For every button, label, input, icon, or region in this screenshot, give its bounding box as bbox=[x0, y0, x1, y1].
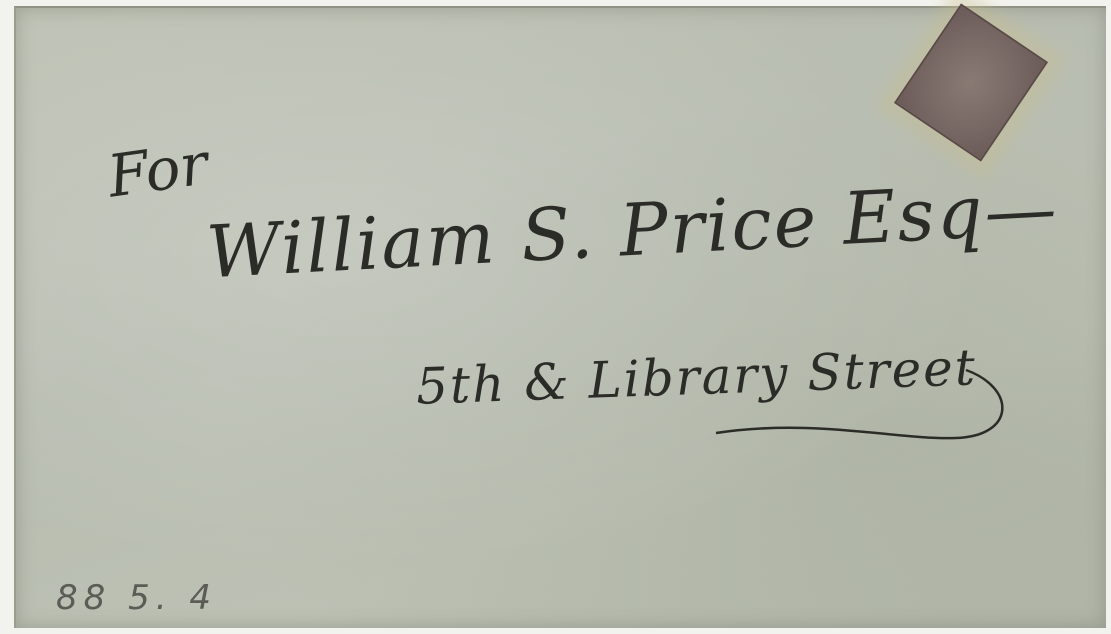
stamp-face bbox=[894, 3, 1048, 161]
recipient-name: William S. Price Esq— bbox=[204, 166, 1060, 295]
envelope: For William S. Price Esq— 5th & Library … bbox=[14, 6, 1106, 628]
address-prefix: For bbox=[104, 129, 212, 210]
underline-flourish bbox=[696, 348, 1026, 458]
postage-stamp bbox=[894, 3, 1048, 161]
pencil-catalog-note: 88 5. 4 bbox=[56, 578, 217, 618]
